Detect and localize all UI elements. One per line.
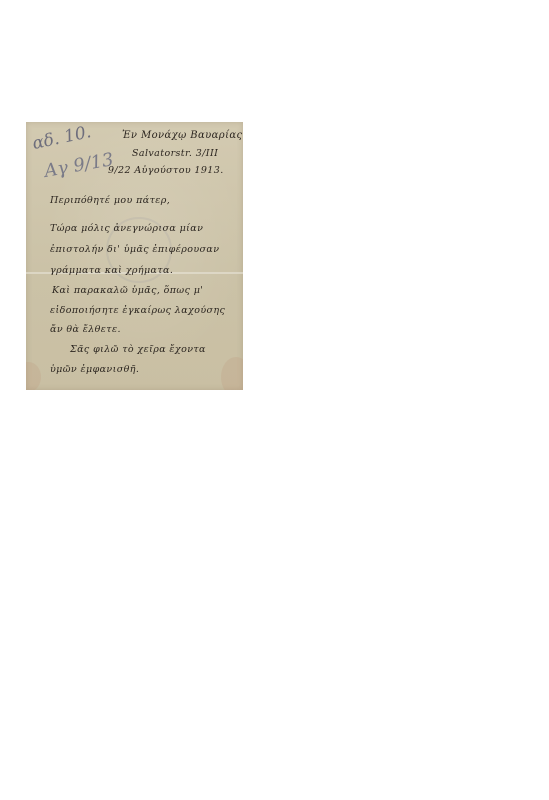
letter-scan: αδ. 10. Αγ 9/13 Ἐν Μονάχῳ Βαυαρίας Salva… [26,122,243,390]
closing-line: Σᾶς φιλῶ τὸ χεῖρα ἔχοντα [70,344,206,355]
letter-place: Ἐν Μονάχῳ Βαυαρίας [122,130,243,141]
archive-reference-1: αδ. 10. [31,122,93,154]
body-line: ἄν θὰ ἔλθετε. [50,324,121,335]
salutation: Περιπόθητέ μου πάτερ, [50,195,170,206]
stain [26,362,41,390]
body-line: γράμματα καὶ χρήματα. [50,265,173,276]
body-line: Τώρα μόλις ἀνεγνώρισα μίαν [50,223,203,234]
body-line: ἐπιστολήν δι' ὑμᾶς ἐπιφέρουσαν [50,244,219,255]
pdf-page: αδ. 10. Αγ 9/13 Ἐν Μονάχῳ Βαυαρίας Salva… [0,0,549,800]
closing-line: ὑμῶν ἐμφανισθῆ. [50,364,139,375]
body-line: εἰδοποιήσητε ἐγκαίρως λαχούσης [50,305,225,316]
archive-reference-2: Αγ 9/13 [43,149,115,182]
body-line: Καὶ παρακαλῶ ὑμᾶς, ὅπως μ' [52,285,203,296]
stain [221,357,243,390]
letter-address: Salvatorstr. 3/ΙΙΙ [132,148,218,159]
letter-date: 9/22 Αὐγούστου 1913. [108,165,224,176]
